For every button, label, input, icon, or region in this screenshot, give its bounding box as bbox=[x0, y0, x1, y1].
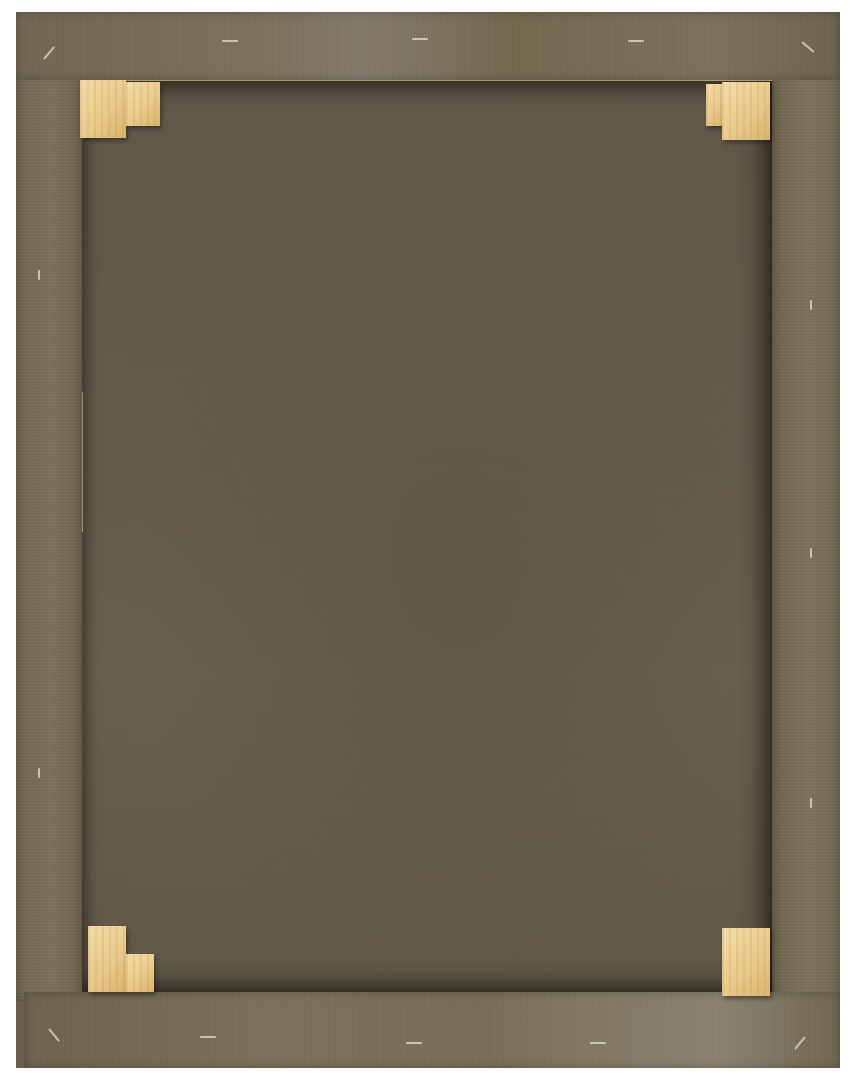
canvas-back bbox=[16, 12, 840, 1068]
staple bbox=[810, 548, 812, 558]
staple bbox=[200, 1036, 216, 1038]
staple bbox=[810, 798, 812, 808]
staple bbox=[406, 1042, 422, 1044]
staple bbox=[222, 40, 238, 42]
corner-key-top-left-a bbox=[80, 80, 126, 138]
staple bbox=[38, 270, 40, 280]
stretcher-bar-bottom bbox=[24, 992, 840, 1068]
stretcher-bar-top bbox=[16, 12, 840, 80]
staple bbox=[628, 40, 644, 42]
corner-key-bottom-left-a bbox=[88, 926, 126, 992]
corner-key-top-left-b bbox=[126, 82, 160, 126]
corner-key-top-right-b bbox=[722, 82, 770, 140]
corner-key-bottom-left-b bbox=[126, 954, 154, 992]
staple bbox=[38, 768, 40, 778]
corner-key-bottom-right bbox=[722, 928, 770, 996]
stretcher-bar-left bbox=[16, 72, 82, 1002]
canvas-fabric bbox=[82, 80, 772, 992]
staple bbox=[810, 300, 812, 310]
stretcher-bar-right bbox=[772, 72, 840, 1002]
staple bbox=[412, 38, 428, 40]
staple bbox=[590, 1042, 606, 1044]
